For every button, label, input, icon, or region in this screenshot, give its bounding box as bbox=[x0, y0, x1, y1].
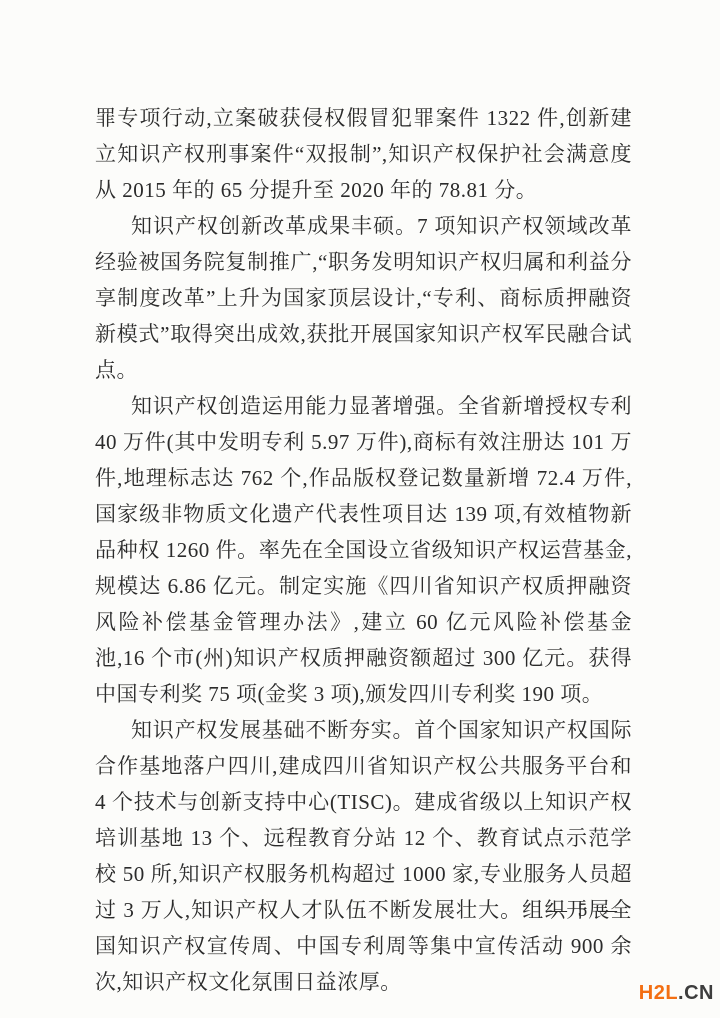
page-number: — 5 — bbox=[548, 900, 620, 922]
watermark-tld: .CN bbox=[678, 982, 714, 1004]
paragraph-reform-achievements: 知识产权创新改革成果丰硕。7 项知识产权领域改革经验被国务院复制推广,“职务发明… bbox=[95, 208, 632, 388]
watermark-brand: H2L bbox=[639, 982, 678, 1004]
paragraph-development-foundation: 知识产权发展基础不断夯实。首个国家知识产权国际合作基地落户四川,建成四川省知识产… bbox=[95, 712, 632, 1000]
paragraph-creation-utilization: 知识产权创造运用能力显著增强。全省新增授权专利 40 万件(其中发明专利 5.9… bbox=[95, 388, 632, 712]
document-page: 罪专项行动,立案破获侵权假冒犯罪案件 1322 件,创新建立知识产权刑事案件“双… bbox=[0, 0, 720, 1018]
watermark: H2L.CN bbox=[639, 982, 714, 1005]
paragraph-crime-campaign: 罪专项行动,立案破获侵权假冒犯罪案件 1322 件,创新建立知识产权刑事案件“双… bbox=[95, 100, 632, 208]
document-body: 罪专项行动,立案破获侵权假冒犯罪案件 1322 件,创新建立知识产权刑事案件“双… bbox=[95, 100, 632, 1000]
